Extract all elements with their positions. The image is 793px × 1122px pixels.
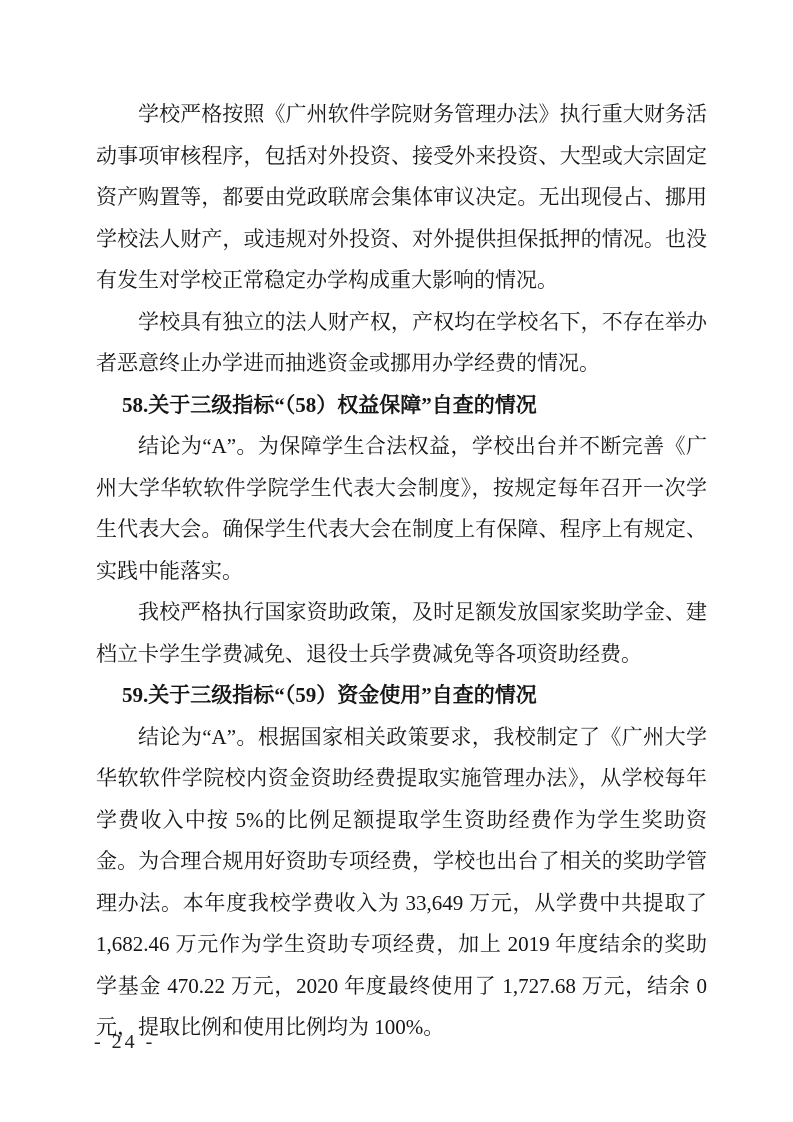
section-heading-indicator-58: 58.关于三级指标“（58）权益保障”自查的情况 <box>96 385 707 427</box>
section-heading-indicator-59: 59.关于三级指标“（59）资金使用”自查的情况 <box>96 675 707 717</box>
paragraph-funding-policy: 我校严格执行国家资助政策，及时足额发放国家奖助学金、建档立卡学生学费减免、退役士… <box>96 592 707 675</box>
page-number: - 24 - <box>94 1031 155 1054</box>
paragraph-legal-property: 学校具有独立的法人财产权，产权均在学校名下，不存在举办者恶意终止办学进而抽逃资金… <box>96 302 707 385</box>
paragraph-fund-usage: 结论为“A”。根据国家相关政策要求，我校制定了《广州大学华软软件学院校内资金资助… <box>96 717 707 1049</box>
paragraph-financial-approval: 学校严格按照《广州软件学院财务管理办法》执行重大财务活动事项审核程序，包括对外投… <box>96 94 707 302</box>
document-page: 学校严格按照《广州软件学院财务管理办法》执行重大财务活动事项审核程序，包括对外投… <box>0 0 793 1122</box>
paragraph-rights-protection: 结论为“A”。为保障学生合法权益，学校出台并不断完善《广州大学华软软件学院学生代… <box>96 426 707 592</box>
document-body: 学校严格按照《广州软件学院财务管理办法》执行重大财务活动事项审核程序，包括对外投… <box>96 94 707 1049</box>
